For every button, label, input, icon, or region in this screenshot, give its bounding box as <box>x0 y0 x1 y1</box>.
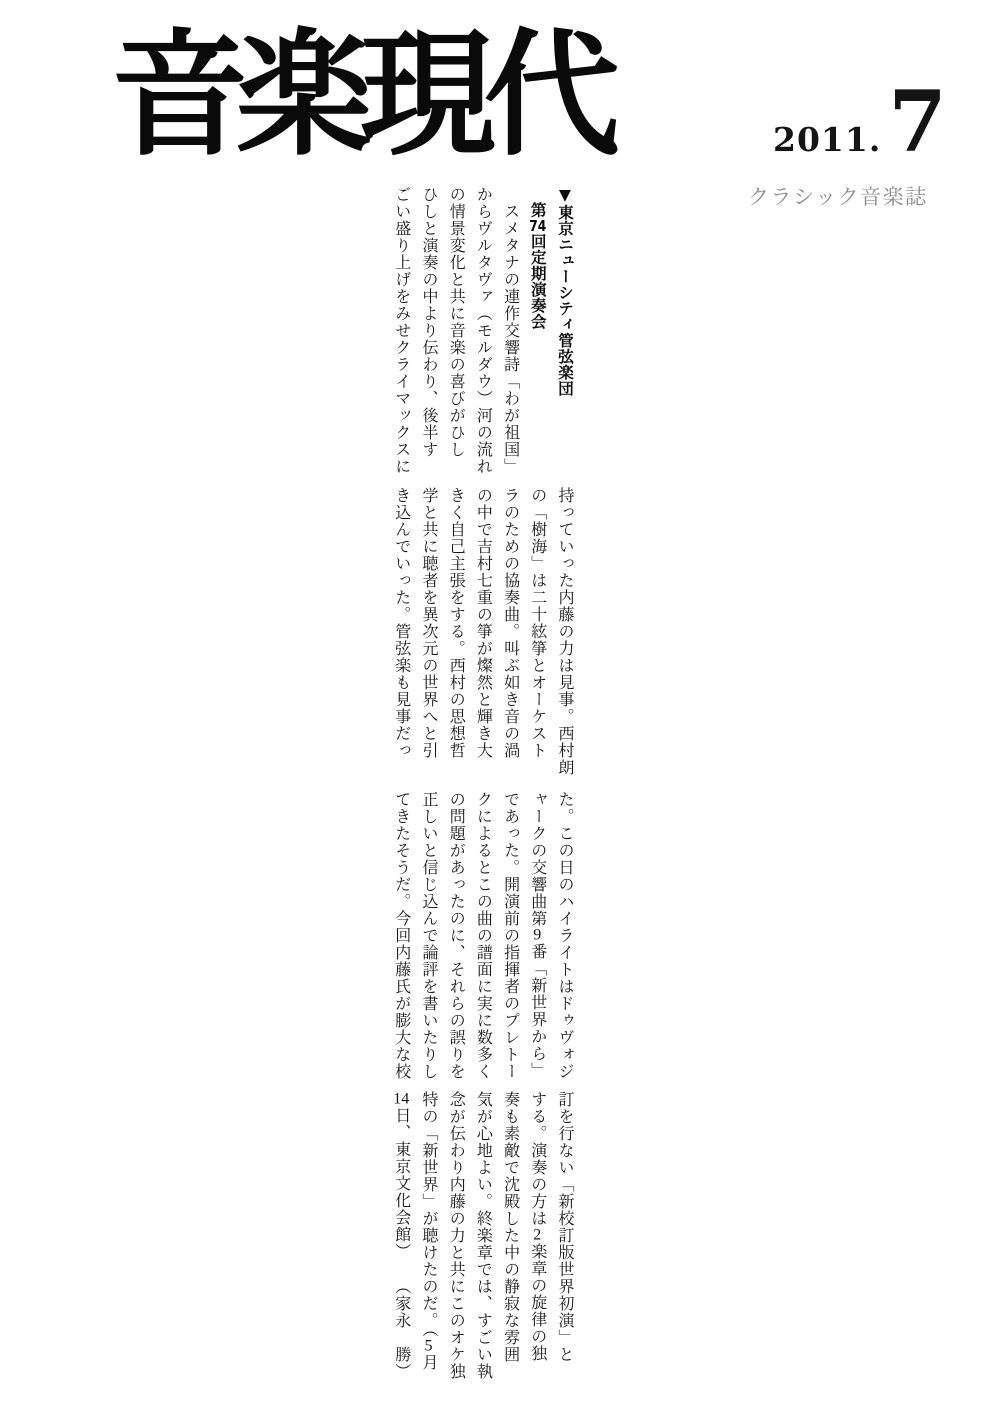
body-text-column: 気が心地よい。終楽章では、すごい執 <box>469 1091 496 1383</box>
article-band-2: 持っていった内藤の力は見事。西村朗の「樹海」は二十絃箏とオーケストラのための協奏… <box>384 487 578 795</box>
body-text-column: ひしと演奏の中より伝わり、後半す <box>415 186 442 478</box>
issue-date: 2011. 7 <box>773 80 947 164</box>
body-text-column: からヴルタヴァ（モルダウ）河の流れ <box>469 186 496 478</box>
body-text-column: 14日、東京文化会館） （家永 勝） <box>388 1091 415 1383</box>
body-text-column: 念が伝わり内藤の力と共にこのオケ独 <box>442 1091 469 1383</box>
body-text-column: た。この日のハイライトはドゥヴォジ <box>551 791 578 1091</box>
magazine-page: 音楽現代 2011. 7 クラシック音楽誌 ▼東京ニューシティ管弦楽団 第74回… <box>0 0 1000 1415</box>
article-band-1: ▼東京ニューシティ管弦楽団 第74回定期演奏会 スメタナの連作交響詩「わが祖国」… <box>384 186 578 478</box>
magazine-logo: 音楽現代 <box>112 20 608 172</box>
body-text-column: ャークの交響曲第9番「新世界から」 <box>524 791 551 1091</box>
body-text-column: き込んでいった。管弦楽も見事だっ <box>388 487 415 795</box>
body-text-column: の中で吉村七重の箏が燦然と輝き大 <box>469 487 496 795</box>
body-text-column: 正しいと信じ込んで論評を書いたりし <box>415 791 442 1091</box>
magazine-subtitle: クラシック音楽誌 <box>748 181 928 211</box>
body-text-column: てきたそうだ。今回内藤氏が膨大な校 <box>388 791 415 1091</box>
body-text-column: の「樹海」は二十絃箏とオーケスト <box>524 487 551 795</box>
body-text-column: の情景変化と共に音楽の喜びがひし <box>442 186 469 478</box>
vertical-digits: 9 <box>529 927 546 943</box>
vertical-digits: 5 <box>420 1338 437 1354</box>
vertical-digits: 2 <box>529 1227 546 1243</box>
body-text-column: する。演奏の方は2楽章の旋律の独 <box>524 1091 551 1383</box>
body-text-column: 学と共に聴者を異次元の世界へと引 <box>415 487 442 795</box>
article-band-4: 訂を行ない「新校訂版世界初演」とする。演奏の方は2楽章の旋律の独奏も素敵で沈殿し… <box>384 1091 578 1383</box>
body-text-column: であった。開演前の指揮者のプレトー <box>496 791 523 1091</box>
body-text-column: 特の「新世界」が聴けたのだ。（5月 <box>415 1091 442 1383</box>
article-band-3: た。この日のハイライトはドゥヴォジャークの交響曲第9番「新世界から」であった。開… <box>384 791 578 1091</box>
issue-month: 7 <box>888 80 946 164</box>
issue-year: 2011. <box>773 120 881 159</box>
body-text-column: クによるとこの曲の譜面に実に数多く <box>469 791 496 1091</box>
body-text-column: きく自己主張をする。西村の思想哲 <box>442 487 469 795</box>
body-text-column: 持っていった内藤の力は見事。西村朗 <box>551 487 578 795</box>
body-text-column: の問題があったのに、それらの誤りを <box>442 791 469 1091</box>
headline-column: 第74回定期演奏会 <box>524 186 551 478</box>
vertical-digits: 14 <box>393 1091 410 1107</box>
headline-column: ▼東京ニューシティ管弦楽団 <box>551 186 578 478</box>
vertical-digits: 74 <box>529 218 547 234</box>
body-text-column: 奏も素敵で沈殿した中の静寂な雰囲 <box>496 1091 523 1383</box>
body-text-column: スメタナの連作交響詩「わが祖国」 <box>496 186 523 478</box>
body-text-column: 訂を行ない「新校訂版世界初演」と <box>551 1091 578 1383</box>
body-text-column: ラのための協奏曲。叫ぶ如き音の渦 <box>496 487 523 795</box>
body-text-column: ごい盛り上げをみせクライマックスに <box>388 186 415 478</box>
